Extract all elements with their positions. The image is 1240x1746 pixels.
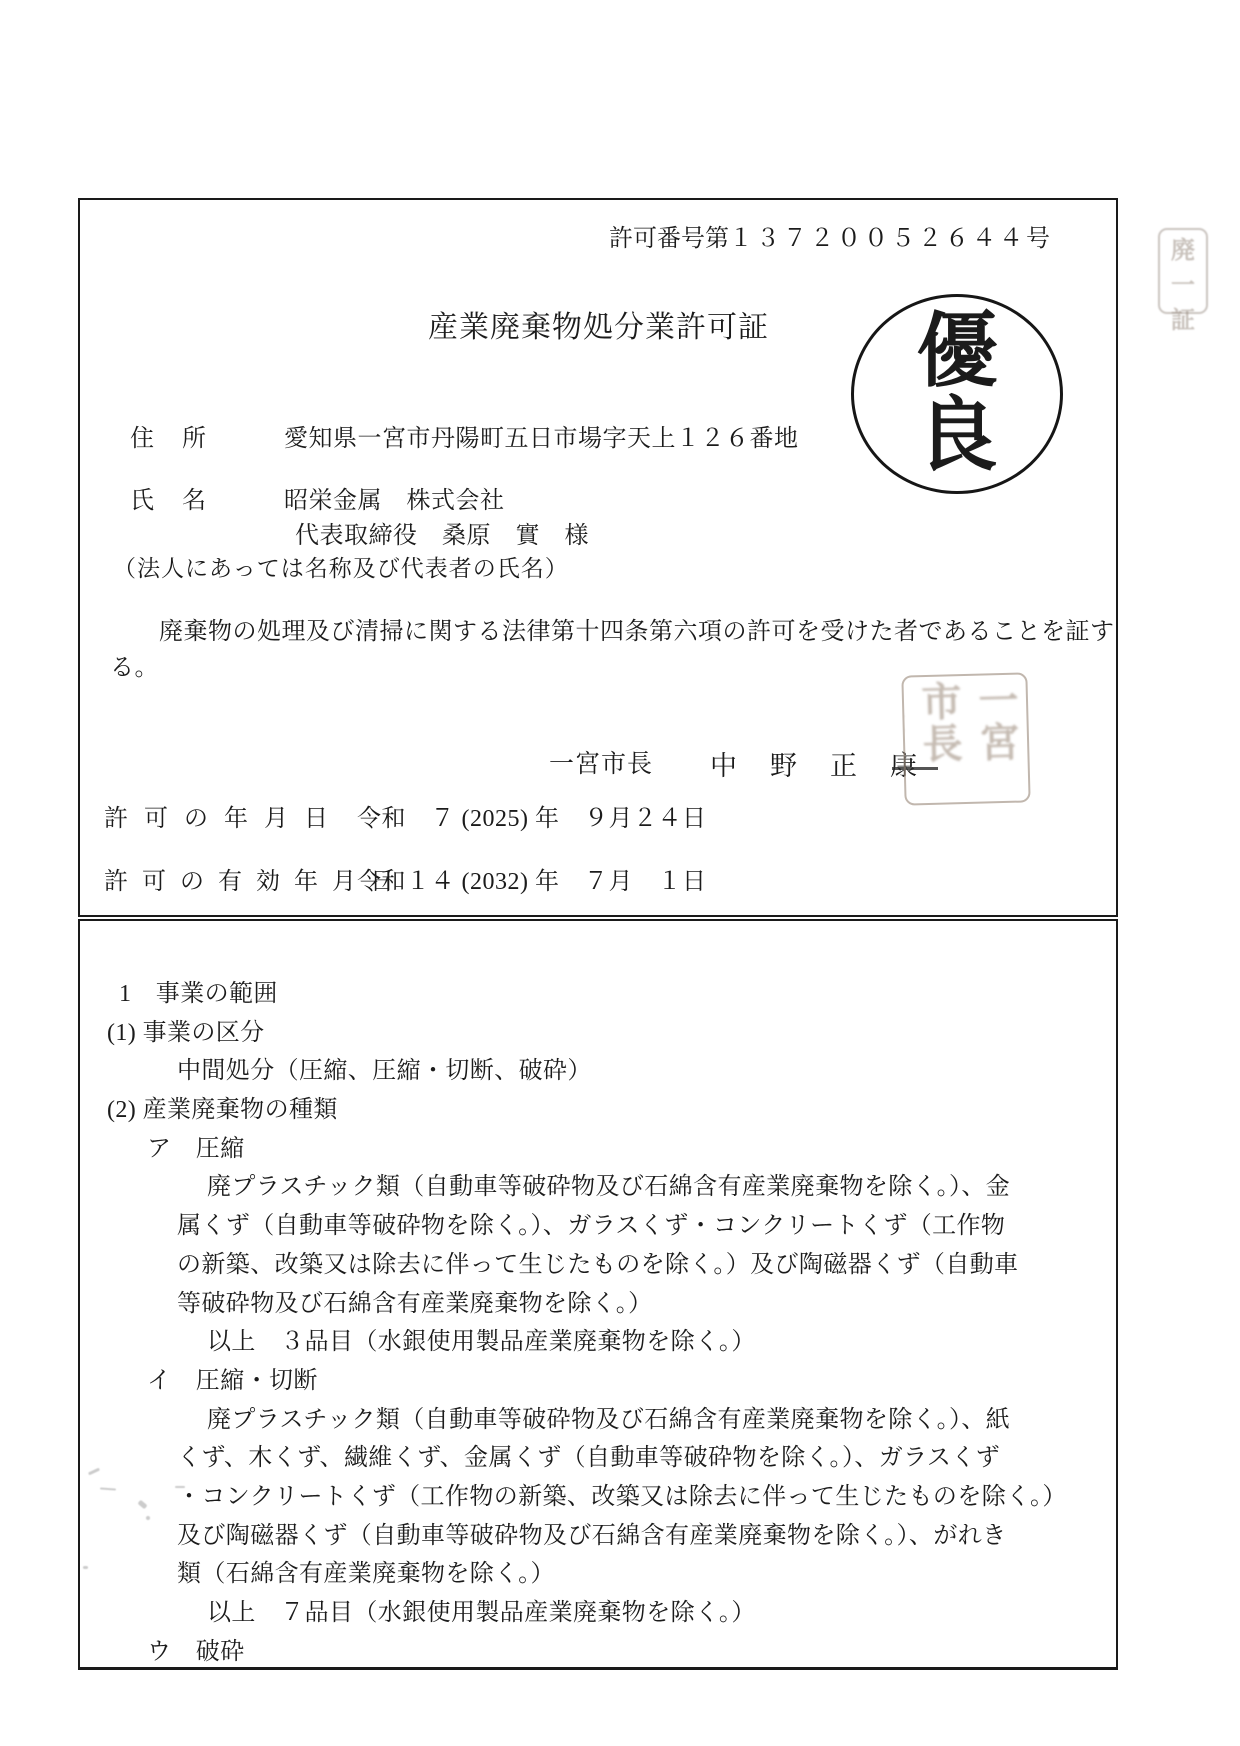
scan-smudge (83, 1566, 88, 1569)
valid-date-label: 許 可 の 有 効 年 月 日 (104, 861, 398, 896)
permit-date-value: 令和 ７ (2025) 年 ９月２４日 (357, 798, 706, 833)
representative-line: 代表取締役 桑原 實 様 (295, 515, 589, 550)
address-value: 愛知県一宮市丹陽町五日市場字天上１２６番地 (284, 418, 799, 453)
scope-item-i-total: 以上 ７品目（水銀使用製品産業廃棄物を除く。） (207, 1592, 1097, 1631)
scope-item-i-line-1: 廃プラスチック類（自動車等破砕物及び石綿含有産業廃棄物を除く。）、紙 (207, 1399, 1097, 1438)
scope-item-i-line-2: くず、木くず、繊維くず、金属くず（自動車等破砕物を除く。）、ガラスくず (177, 1437, 1097, 1476)
scan-smudge (146, 1516, 150, 1520)
excellence-stamp-char-2: 良 (916, 394, 997, 478)
company-name: 昭栄金属 株式会社 (284, 480, 505, 515)
permit-number-suffix: 号 (1026, 226, 1050, 252)
scope-sub1-value: 中間処分（圧縮、圧縮・切断、破砕） (177, 1050, 1097, 1089)
scope-sub2-heading: (2) 産業廃棄物の種類 (107, 1089, 1097, 1128)
permit-header-box: 許可番号第１３７２００５２６４４号 産業廃棄物処分業許可証 優 良 住 所 愛知… (78, 198, 1118, 917)
business-scope-box: 1 事業の範囲 (1) 事業の区分 中間処分（圧縮、圧縮・切断、破砕） (2) … (78, 919, 1118, 1670)
scope-item-a-total: 以上 ３品目（水銀使用製品産業廃棄物を除く。） (207, 1321, 1097, 1360)
corporate-note: （法人にあっては名称及び代表者の氏名） (113, 550, 569, 583)
document-title: 産業廃棄物処分業許可証 (428, 302, 769, 346)
certification-text-line-2: る。 (110, 647, 159, 682)
excellence-stamp: 優 良 (851, 294, 1063, 494)
scope-sub1-heading: (1) 事業の区分 (107, 1012, 1097, 1051)
name-label: 氏 名 (130, 480, 208, 515)
permit-number-line: 許可番号第１３７２００５２６４４号 (609, 218, 1050, 253)
permit-number-prefix: 許可番号第 (609, 226, 729, 252)
scope-item-a-label: ア 圧縮 (147, 1128, 1097, 1167)
certification-text-line-1: 廃棄物の処理及び清掃に関する法律第十四条第六項の許可を受けた者であることを証す (110, 611, 1115, 646)
corner-seal-char-1: 廃 (1171, 230, 1195, 265)
scope-item-a-line-1: 廃プラスチック類（自動車等破砕物及び石綿含有産業廃棄物を除く。）、金 (207, 1166, 1097, 1205)
scope-item-i-label: イ 圧縮・切断 (147, 1360, 1097, 1399)
permit-date-label: 許 可 の 年 月 日 (104, 798, 333, 833)
scan-smudge (175, 1486, 185, 1488)
address-label: 住 所 (130, 418, 208, 453)
permit-document-scan: 許可番号第１３７２００５２６４４号 産業廃棄物処分業許可証 優 良 住 所 愛知… (0, 0, 1240, 1746)
valid-date-value: 令和１４ (2032) 年 ７月 １日 (357, 861, 706, 896)
scope-item-a-line-2: 属くず（自動車等破砕物を除く。）、ガラスくず・コンクリートくず（工作物 (177, 1205, 1097, 1244)
business-scope-content: 1 事業の範囲 (1) 事業の区分 中間処分（圧縮、圧縮・切断、破砕） (2) … (107, 973, 1097, 1669)
scope-item-i-line-3: ・コンクリートくず（工作物の新築、改築又は除去に伴って生じたものを除く。） (177, 1476, 1097, 1515)
issuer-name: 中 野 正 康 (710, 744, 920, 783)
issuer-title: 一宮市長 (549, 744, 653, 780)
official-seal-stamp: 一宮市長之印 (901, 672, 1030, 805)
scope-item-a-line-3: の新築、改築又は除去に伴って生じたものを除く。）及び陶磁器くず（自動車 (177, 1244, 1097, 1283)
scope-item-i-line-5: 類（石綿含有産業廃棄物を除く。） (177, 1553, 1097, 1592)
official-seal-text: 一宮市長之印 (911, 678, 1026, 801)
scope-item-i-line-4: 及び陶磁器くず（自動車等破砕物及び石綿含有産業廃棄物を除く。）、がれき (177, 1515, 1097, 1554)
faint-corner-seal-stamp: 廃 一 証 (1158, 228, 1208, 314)
scope-heading: 1 事業の範囲 (119, 973, 1097, 1012)
corner-seal-char-2: 一 (1171, 265, 1195, 300)
excellence-stamp-char-1: 優 (916, 310, 997, 394)
permit-number-digits: １３７２００５２６４４ (729, 226, 1026, 252)
corner-seal-char-3: 証 (1171, 300, 1195, 335)
scope-item-a-line-4: 等破砕物及び石綿含有産業廃棄物を除く。） (177, 1283, 1097, 1322)
scope-item-u-label: ウ 破砕 (147, 1631, 1097, 1670)
